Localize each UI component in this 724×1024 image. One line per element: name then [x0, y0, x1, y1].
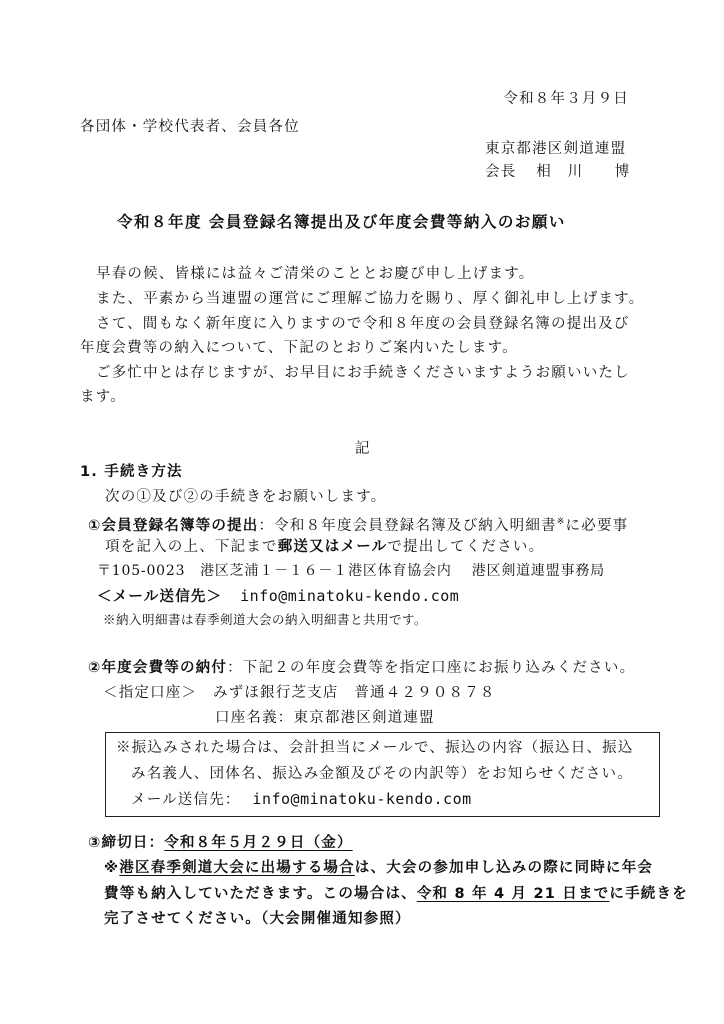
box-email-label: メール送信先：: [131, 792, 241, 808]
deadline-date: 令和８年５月２９日（金）: [164, 835, 352, 851]
transfer-notice-box: ※振込みされた場合は、会計担当にメールで、振込の内容（振込日、振込 み名義人、団…: [105, 732, 660, 817]
sender-signature: 会長 相 川 博: [485, 163, 630, 181]
item2-label: ②年度会費等の納付: [88, 660, 227, 676]
item1-method: 郵送又はメール: [278, 539, 388, 555]
account-holder: 口座名義：東京都港区剣道連盟: [215, 709, 435, 727]
spring-tournament-condition: 港区春季剣道大会に出場する場合: [119, 860, 355, 876]
account-label: ＜指定口座＞: [103, 685, 197, 701]
page-title: 令和８年度 会員登録名簿提出及び年度会費等納入のお願い: [117, 213, 566, 231]
body-paragraph-3b: 年度会費等の納入について、下記のとおりご案内いたします。: [80, 339, 518, 357]
email-address[interactable]: info@minatoku-kendo.com: [240, 587, 459, 605]
email-label: ＜メール送信先＞: [97, 589, 222, 605]
footnote-mark: ※: [557, 517, 566, 527]
item1-label: ①会員登録名簿等の提出: [88, 518, 258, 534]
sender-name: 相 川 博: [536, 164, 630, 180]
note-text-1: は、大会の参加申し込みの際に同時に年会: [355, 860, 653, 876]
item3-note-line2: 費等も納入していただきます。この場合は、令和 8 年 4 月 21 日までに手続…: [104, 885, 688, 903]
box-line-2: み名義人、団体名、振込み金額及びその内訳等）をお知らせください。: [131, 765, 633, 783]
body-paragraph-3a: さて、間もなく新年度に入りますので令和８年度の会員登録名簿の提出及び: [96, 315, 630, 333]
statement-note: ※納入明細書は春季剣道大会の納入明細書と共用です。: [103, 611, 427, 629]
account-number: みずほ銀行芝支店 普通４２９０８７８: [213, 685, 496, 701]
item3-line1: ③締切日：令和８年５月２９日（金）: [88, 834, 353, 852]
early-deadline: 令和 8 年 4 月 21 日まで: [417, 886, 610, 902]
item3-note-line3: 完了させてください。（大会開催通知参照）: [104, 910, 411, 928]
item1-text: ：令和８年度会員登録名簿及び納入明細書: [258, 518, 556, 534]
addressee: 各団体・学校代表者、会員各位: [80, 118, 300, 136]
section1-heading: 1. 手続き方法: [80, 463, 183, 481]
item1-line1: ①会員登録名簿等の提出：令和８年度会員登録名簿及び納入明細書※に必要事: [88, 513, 628, 535]
item1-text2c: で提出してください。: [387, 539, 544, 555]
item1-line2: 項を記入の上、下記まで郵送又はメールで提出してください。: [105, 538, 544, 556]
item2-text: ：下記２の年度会費等を指定口座にお振り込みください。: [227, 660, 635, 676]
note-text-2a: 費等も納入していただきます。この場合は、: [104, 886, 417, 902]
body-paragraph-4a: ご多忙中とは存じますが、お早目にお手続きくださいますようお願いいたし: [96, 364, 630, 382]
item2-line1: ②年度会費等の納付：下記２の年度会費等を指定口座にお振り込みください。: [88, 659, 635, 677]
body-paragraph-1: 早春の候、皆様には益々ご清栄のこととお慶び申し上げます。: [96, 265, 534, 283]
email-line: ＜メール送信先＞ info@minatoku-kendo.com: [97, 587, 459, 606]
office-address: 〒105-0023 港区芝浦１－１６－１港区体育協会内 港区剣道連盟事務局: [97, 562, 605, 580]
box-email-address[interactable]: info@minatoku-kendo.com: [252, 790, 471, 808]
body-paragraph-4b: ます。: [80, 388, 126, 406]
date: 令和８年３月９日: [503, 90, 629, 108]
item1-text-b: に必要事: [566, 518, 629, 534]
item3-label: ③締切日：: [88, 835, 164, 851]
section1-intro: 次の①及び②の手続きをお願いします。: [105, 488, 386, 506]
item3-note-line1: ※港区春季剣道大会に出場する場合は、大会の参加申し込みの際に同時に年会: [104, 859, 653, 877]
note-mark: ※: [104, 860, 119, 876]
item1-text2a: 項を記入の上、下記まで: [105, 539, 278, 555]
sender-title: 会長: [485, 164, 516, 180]
sender-org: 東京都港区剣道連盟: [485, 140, 626, 158]
bank-account-line: ＜指定口座＞ みずほ銀行芝支店 普通４２９０８７８: [103, 684, 496, 702]
note-text-2c: に手続きを: [609, 886, 688, 902]
box-line-1: ※振込みされた場合は、会計担当にメールで、振込の内容（振込日、振込: [116, 739, 634, 757]
box-line-3: メール送信先： info@minatoku-kendo.com: [131, 790, 472, 809]
ki-heading: 記: [355, 440, 371, 458]
body-paragraph-2: また、平素から当連盟の運営にご理解ご協力を賜り、厚く御礼申し上げます。: [96, 290, 644, 308]
